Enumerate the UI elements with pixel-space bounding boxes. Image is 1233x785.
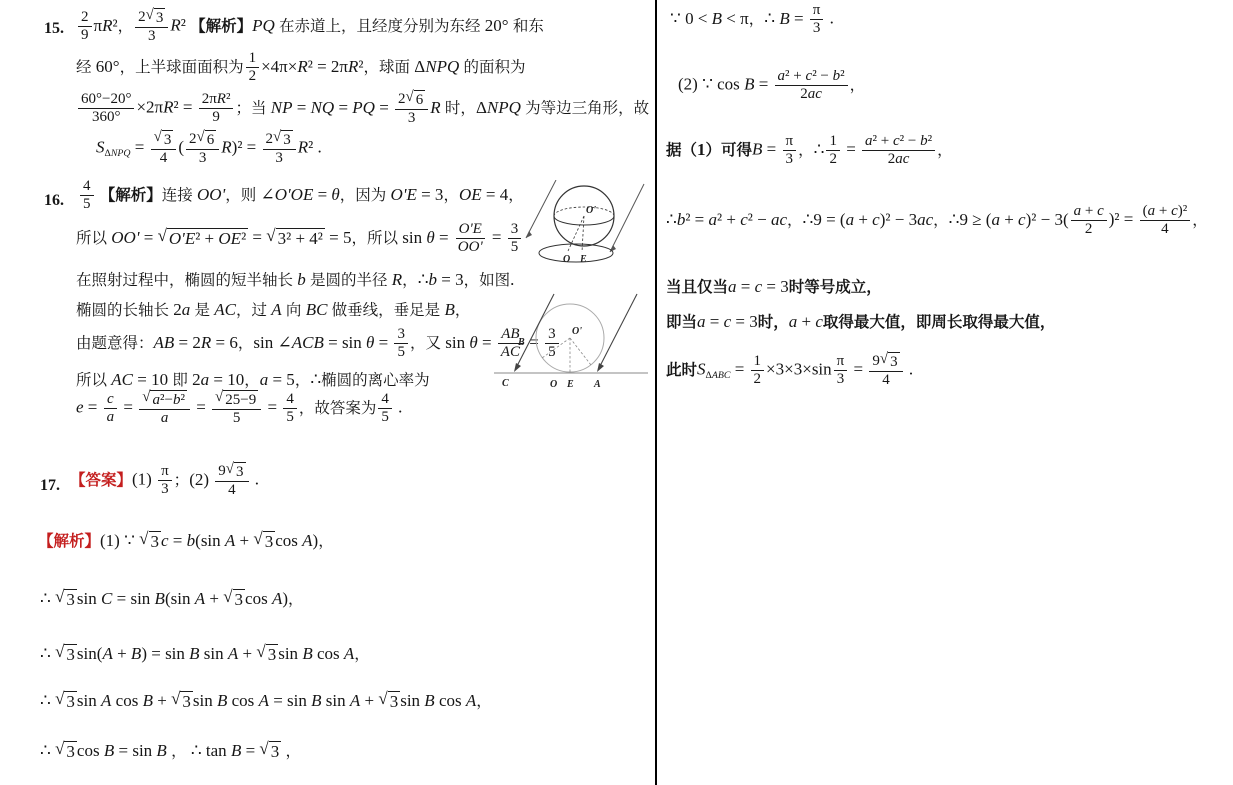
dashed-radius-left [542, 338, 570, 358]
math-line: 由题意得：AB = 2R = 6，sin ∠ACB = sin θ = 35，又… [76, 326, 561, 362]
column-divider [655, 0, 657, 785]
figure-sphere-projection: O' O E [520, 180, 650, 275]
answer-line: 【答案】(1) π3；(2) 9√34 . [70, 462, 259, 499]
label-b: B [517, 337, 525, 348]
problem-number: 16. [44, 192, 64, 210]
light-ray-left [526, 180, 556, 238]
math-line: SΔNPQ = √34(2√63R)² = 2√33R² . [96, 130, 322, 167]
math-line: ∴b² = a² + c² − ac，∴9 = (a + c)² − 3ac，∴… [666, 203, 1208, 239]
ray-right [599, 294, 637, 368]
shadow-ellipse [539, 244, 613, 262]
math-line: 29πR²，2√33R² 【解析】PQ 在赤道上，且经度分别为东经 20° 和东 [76, 8, 544, 45]
math-line: ∴ √3sin A cos B + √3sin B cos A = sin B … [40, 690, 492, 713]
math-line: 当且仅当a = c = 3时等号成立， [666, 276, 882, 297]
problem-number: 15. [44, 20, 64, 38]
light-ray-right [610, 184, 644, 252]
math-line: 在照射过程中，椭圆的短半轴长 b 是圆的半径 R，∴b = 3，如图. [76, 269, 514, 290]
math-line: ∵ 0 < B < π，∴ B = π3 . [670, 2, 834, 38]
math-line: 45 【解析】连接 OO'，则 ∠O'OE = θ，因为 O'E = 3，OE … [78, 178, 524, 214]
label-o-prime: O' [586, 205, 596, 216]
solution-document-page: { "page": { "background": "#ffffff", "te… [0, 0, 1233, 785]
label-o: O [563, 254, 570, 265]
arrowhead [526, 231, 532, 238]
math-line: 即当a = c = 3时，a + c取得最大值，即周长取得最大值， [666, 311, 1055, 332]
arrowhead [610, 245, 616, 252]
math-line: ∴ √3sin(A + B) = sin B sin A + √3sin B c… [40, 643, 370, 666]
problem-number: 17. [40, 477, 60, 495]
label-e: E [566, 379, 574, 390]
label-c: C [502, 378, 509, 389]
math-line: 所以 OO' = √O'E² + OE² = √3² + 4² = 5，所以 s… [76, 221, 523, 257]
equator-back [554, 207, 614, 216]
math-line: (2) ∵ cos B = a² + c² − b²2ac， [678, 68, 865, 104]
dashed-axis [582, 216, 584, 252]
label-o-prime: O' [572, 326, 582, 337]
math-line: 60°−20°360°×2πR² = 2πR²9；当 NP = NQ = PQ … [76, 90, 649, 127]
label-o: O [550, 379, 557, 390]
ray-left [516, 294, 554, 368]
math-line: ∴ √3cos B = sin B ， ∴ tan B = √3 ， [40, 740, 301, 763]
math-line: 所以 AC = 10 即 2a = 10，a = 5，∴椭圆的离心率为 [76, 369, 430, 390]
math-line: 经 60°，上半球面面积为12×4π×R² = 2πR²，球面 ΔNPQ 的面积… [76, 50, 526, 86]
label-e: E [579, 254, 587, 265]
math-line: ∴ √3sin C = sin B(sin A + √3cos A)， [40, 588, 304, 611]
dashed-radius-right [570, 338, 591, 365]
math-line: 椭圆的长轴长 2a 是 AC，过 A 向 BC 做垂线，垂足是 B， [76, 299, 470, 320]
figure-circle-tangent: O' B C O E A [492, 292, 652, 394]
arrowhead [597, 363, 604, 372]
math-line: 【解析】(1) ∵ √3c = b(sin A + √3cos A)， [38, 530, 334, 553]
label-a: A [593, 379, 601, 390]
math-line: 据（1）可得B = π3，∴12 = a² + c² − b²2ac， [666, 133, 953, 169]
math-line: e = ca = √a²−b²a = √25−95 = 45，故答案为45 . [76, 390, 402, 427]
math-line: 此时SΔABC = 12×3×3×sinπ3 = 9√34 . [666, 352, 913, 389]
arrowhead [514, 363, 521, 372]
